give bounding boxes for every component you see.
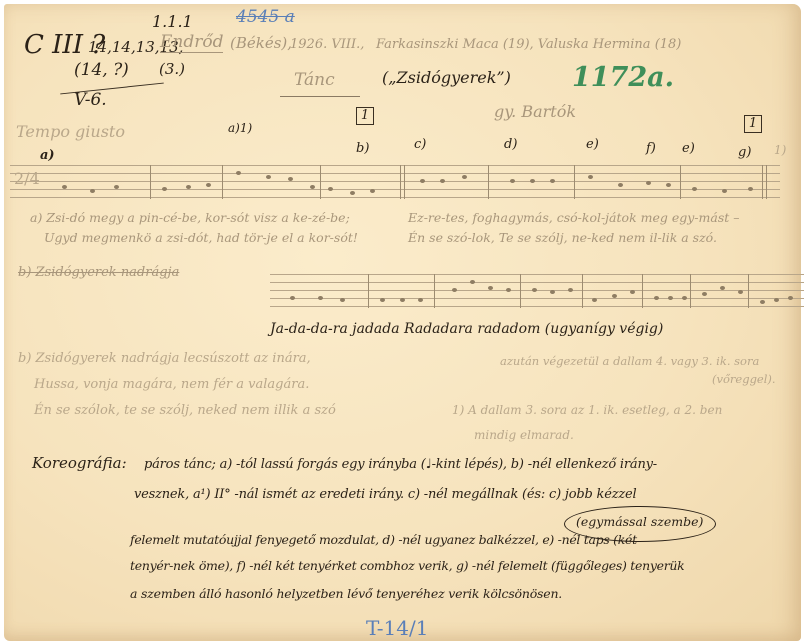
- music-staff-1: 2/4: [10, 165, 780, 201]
- collector: gy. Bartók: [494, 104, 576, 120]
- singers: Farkasinszki Maca (19), Valuska Hermina …: [376, 38, 681, 51]
- choreography-line-5: a szemben álló hasonló helyzetben lévő t…: [130, 588, 562, 601]
- rhyme-scheme: 1.1.1: [152, 14, 193, 30]
- place: Endrőd: [160, 34, 223, 53]
- footnote-line-2: mindig elmarad.: [474, 429, 574, 441]
- refrain-note-2: (vőreggel).: [712, 374, 776, 386]
- crossed-out-number: 4545 a: [236, 9, 295, 26]
- footnote-line-1: 1) A dallam 3. sora az 1. ik. esetleg, a…: [452, 404, 722, 416]
- lyric-a-line-4: Én se szó-lok, Te se szólj, ne-ked nem i…: [408, 232, 717, 245]
- time-signature: 2/4: [14, 171, 40, 187]
- music-staff-2: [270, 274, 804, 310]
- catalog-number: 1172a.: [572, 64, 674, 91]
- lyric-a-line-1: a) Zsi-dó megy a pin-cé-be, kor-sót visz…: [30, 212, 350, 225]
- tempo-marking: Tempo giusto: [16, 124, 125, 140]
- refrain-note-1: azután végezetül a dallam 4. vagy 3. ik.…: [500, 356, 759, 368]
- choreography-label: Koreográfia:: [32, 456, 127, 471]
- section-box-1: 1: [356, 107, 374, 125]
- choreography-line-1: páros tánc; a) -tól lassú forgás egy irá…: [144, 458, 657, 471]
- syllable-sub: (14, ?): [74, 62, 129, 79]
- manuscript-page: C III ? 14,14,13,13, 1.1.1 4545 a (14, ?…: [4, 4, 801, 641]
- genre: Tánc: [294, 72, 335, 89]
- choreography-line-4: tenyér-nek öme), f) -nél két tenyérket c…: [130, 560, 684, 573]
- range: V-6.: [74, 92, 107, 109]
- lyric-b-crossed: b) Zsidógyerek nadrágja: [18, 266, 179, 279]
- refrain-lyric: Ja-da-da-ra jadada Radadara radadom (ugy…: [270, 322, 663, 336]
- county: (Békés),: [230, 36, 292, 51]
- lyric-b-line-2: Hussa, vonja magára, nem fér a valagára.: [34, 378, 309, 391]
- mark-c: c): [414, 138, 426, 151]
- mark-f: f): [646, 142, 656, 155]
- date: 1926. VIII.,: [290, 38, 364, 51]
- mark-footnote-1: 1): [774, 144, 786, 156]
- mark-e: e): [586, 138, 599, 151]
- section-box-2: 1: [744, 115, 762, 133]
- mark-b: b): [356, 142, 369, 155]
- choreography-line-3: felemelt mutatóujjal fenyegető mozdulat,…: [130, 534, 637, 547]
- mark-e2: e): [682, 142, 695, 155]
- lyric-b-line-3: Én se szólok, te se szólj, neked nem ill…: [34, 404, 336, 417]
- mark-a: a): [40, 149, 55, 162]
- genre-underline: [280, 96, 360, 97]
- cadence: (3.): [159, 62, 185, 77]
- choreography-line-2: vesznek, a¹) II° -nál ismét az eredeti i…: [134, 488, 636, 501]
- song-title: („Zsidógyerek”): [382, 70, 511, 86]
- lyric-a-line-2: Ugyd megmenkö a zsi-dót, had tör-je el a…: [44, 232, 358, 245]
- lyric-b-line-1: b) Zsidógyerek nadrágja lecsúszott az in…: [18, 352, 311, 365]
- lyric-a-line-3: Ez-re-tes, foghagymás, csó-kol-játok meg…: [408, 212, 740, 225]
- choreography-circled-note: (egymással szembe): [576, 516, 703, 529]
- mark-d: d): [504, 138, 517, 151]
- archive-mark: T-14/1: [366, 618, 428, 638]
- mark-a1: a)1): [228, 122, 252, 134]
- mark-g: g): [738, 146, 751, 159]
